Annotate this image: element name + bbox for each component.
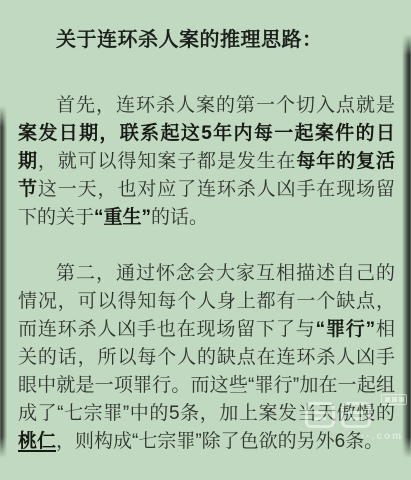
paragraph: 首先，连环杀人案的第一个切入点就是案发日期，联系起这5年内每一起案件的日期，就可… <box>18 92 395 232</box>
watermark: ···.com <box>297 394 409 442</box>
text-run: ，就可以得知案子都是发生在 <box>38 151 297 172</box>
text-run: “罪行” <box>316 319 376 340</box>
note-page: 关于连环杀人案的推理思路： 首先，连环杀人案的第一个切入点就是案发日期，联系起这… <box>18 26 395 456</box>
page-title: 关于连环杀人案的推理思路： <box>56 26 395 54</box>
text-run: 首先，连环杀人案的第一个切入点就是 <box>56 95 395 116</box>
text-run: 桃仁 <box>18 431 56 452</box>
watermark-logo-tile-icon <box>341 402 371 428</box>
watermark-logo <box>305 402 371 428</box>
text-run: 的话。 <box>151 207 208 228</box>
left-edge-shadow <box>0 106 7 458</box>
watermark-badge-icon <box>381 394 407 405</box>
watermark-logo-tile-icon <box>305 402 335 428</box>
text-run: “重生” <box>94 207 151 228</box>
watermark-domain-text: ···.com <box>297 431 403 442</box>
